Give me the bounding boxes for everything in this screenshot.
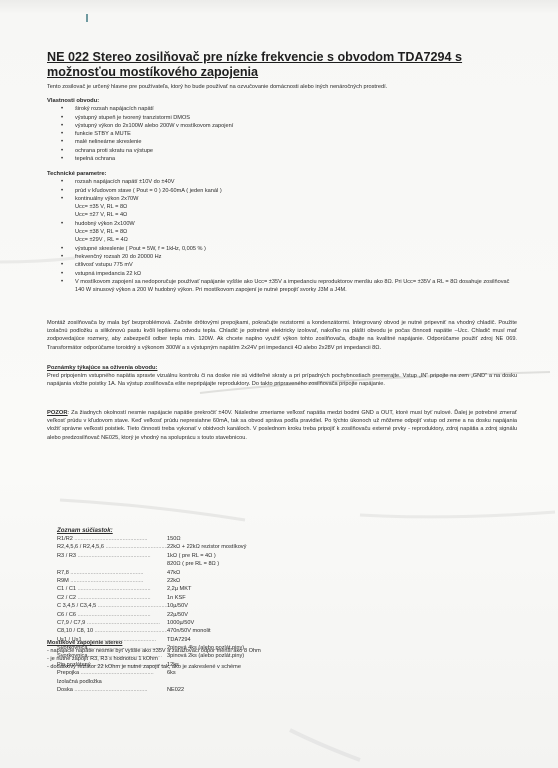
part-value: 820Ω ( pre RL = 8Ω ): [167, 560, 219, 568]
bridge-section: Mostíkové zapojenie stereo - napájacie n…: [47, 639, 261, 671]
part-row: 820Ω ( pre RL = 8Ω ): [57, 560, 246, 568]
feature-item: ochrana proti skratu na výstupe: [47, 147, 233, 155]
bridge-heading: Mostíkové zapojenie stereo: [47, 639, 261, 647]
part-name: C1 / C1: [57, 585, 167, 593]
part-value: 150Ω: [167, 535, 181, 543]
bridge-item: - napájacie napätie nesmie byť vyššie ak…: [47, 647, 261, 655]
parts-heading: Zoznam súčiastok:: [57, 527, 246, 534]
warning-label: POZOR: [47, 410, 68, 416]
bridge-item: - je nutné zapojiť R3, R3 s hodnotou 1 k…: [47, 655, 261, 663]
params-section: Technické parametre: rozsah napájacích n…: [47, 170, 517, 294]
part-name: [57, 560, 167, 568]
part-row: C2 / C21n KSF: [57, 594, 246, 602]
param-item: prúd v kľudovom stave ( Pout = 0 ) 20-60…: [47, 187, 517, 195]
param-subitem: Ucc= ±38 V, RL = 8Ω: [47, 228, 517, 236]
part-row: R3 / R31kΩ ( pre RL = 4Ω ): [57, 552, 246, 560]
warning-text: : Za žiadnych okolností nesmie napájacie…: [47, 410, 517, 441]
part-value: 1n KSF: [167, 594, 186, 602]
feature-item: široký rozsah napájacích napätí: [47, 105, 233, 113]
part-value: 470n/50V monolit: [167, 627, 211, 635]
feature-item: funkcie STBY a MUTE: [47, 130, 233, 138]
param-item: výstupné skreslenie ( Pout = 5W, f = 1kH…: [47, 245, 517, 253]
part-value: 22µ/50V: [167, 611, 188, 619]
feature-item: výstupný výkon do 2x100W alebo 200W v mo…: [47, 122, 233, 130]
param-item: vstupná impedancia 22 kΩ: [47, 270, 517, 278]
part-name: R7,8: [57, 569, 167, 577]
param-item: citlivosť vstupu 775 mV: [47, 261, 517, 269]
part-row: Izolačná podložka: [57, 678, 246, 686]
part-name: R9M: [57, 577, 167, 585]
features-heading: Vlastnosti obvodu:: [47, 97, 233, 105]
revival-heading: Poznámky týkajúce sa oživenia obvodu:: [47, 364, 517, 372]
param-item: rozsah napájacích napätí ±10V do ±40V: [47, 178, 517, 186]
features-section: Vlastnosti obvodu: široký rozsah napájac…: [47, 97, 233, 163]
part-value: 10µ/50V: [167, 602, 188, 610]
part-value: 1kΩ ( pre RL = 4Ω ): [167, 552, 216, 560]
part-row: R1/R2150Ω: [57, 535, 246, 543]
param-subitem: Ucc= ±29V , RL = 4Ω: [47, 236, 517, 244]
part-row: C8,10 / C8, 10470n/50V monolit: [57, 627, 246, 635]
params-list: rozsah napájacích napätí ±10V do ±40Vprú…: [47, 178, 517, 294]
part-row: R2,4,5,6 / R2,4,5,622kΩ + 22kΩ rezistor …: [57, 543, 246, 551]
part-value: NE022: [167, 686, 184, 694]
part-name: C8,10 / C8, 10: [57, 627, 167, 635]
scanned-page: NE 022 Stereo zosilňovač pre nízke frekv…: [0, 0, 558, 768]
part-value: 2,2µ MKT: [167, 585, 191, 593]
part-name: Doska: [57, 686, 167, 694]
param-item: frekvenčný rozsah 20 do 20000 Hz: [47, 253, 517, 261]
scan-mark: [86, 14, 88, 22]
part-value: 22kΩ: [167, 577, 180, 585]
revival-text: Pred pripojením vstupného napätia spravt…: [47, 372, 517, 388]
part-row: R9M22kΩ: [57, 577, 246, 585]
param-item: kontinuálny výkon 2x70W: [47, 195, 517, 203]
param-item: V mostíkovom zapojení sa nedoporučuje po…: [47, 278, 517, 294]
feature-item: malé nelineárne skreslenie: [47, 138, 233, 146]
intro-text: Tento zosilovač je určený hlavne pre pou…: [47, 84, 387, 90]
param-subitem: Ucc= ±27 V, RL = 4Ω: [47, 211, 517, 219]
feature-item: tepelná ochrana: [47, 155, 233, 163]
part-row: C 3,4,5 / C3,4,510µ/50V: [57, 602, 246, 610]
bridge-items: - napájacie napätie nesmie byť vyššie ak…: [47, 647, 261, 671]
part-value: 1000µ/50V: [167, 619, 194, 627]
part-row: DoskaNE022: [57, 686, 246, 694]
part-name: R1/R2: [57, 535, 167, 543]
param-subitem: Ucc= ±35 V, RL = 8Ω: [47, 203, 517, 211]
assembly-paragraph: Montáž zosilňovača by mala byť bezproblé…: [47, 319, 517, 352]
part-row: R7,847kΩ: [57, 569, 246, 577]
part-row: C7,9 / C7,91000µ/50V: [57, 619, 246, 627]
param-item: hudobný výkon 2x100W: [47, 220, 517, 228]
part-name: C 3,4,5 / C3,4,5: [57, 602, 167, 610]
revival-section: Poznámky týkajúce sa oživenia obvodu: Pr…: [47, 364, 517, 389]
params-heading: Technické parametre:: [47, 170, 517, 178]
document-title: NE 022 Stereo zosilňovač pre nízke frekv…: [47, 50, 517, 80]
part-name: Izolačná podložka: [57, 678, 167, 686]
part-name: C6 / C6: [57, 611, 167, 619]
feature-item: výstupný stupeň je tvorený tranzistormi …: [47, 114, 233, 122]
part-value: 22kΩ + 22kΩ rezistor mostíkový: [167, 543, 246, 551]
part-name: R2,4,5,6 / R2,4,5,6: [57, 543, 167, 551]
bridge-item: - dodatkový rezistor 22 kOhm je nutné za…: [47, 663, 261, 671]
part-name: C7,9 / C7,9: [57, 619, 167, 627]
warning-section: POZOR: Za žiadnych okolností nesmie napá…: [47, 409, 517, 442]
part-row: C1 / C12,2µ MKT: [57, 585, 246, 593]
part-value: 47kΩ: [167, 569, 180, 577]
features-list: široký rozsah napájacích napätívýstupný …: [47, 105, 233, 163]
part-name: C2 / C2: [57, 594, 167, 602]
part-row: C6 / C622µ/50V: [57, 611, 246, 619]
part-name: R3 / R3: [57, 552, 167, 560]
